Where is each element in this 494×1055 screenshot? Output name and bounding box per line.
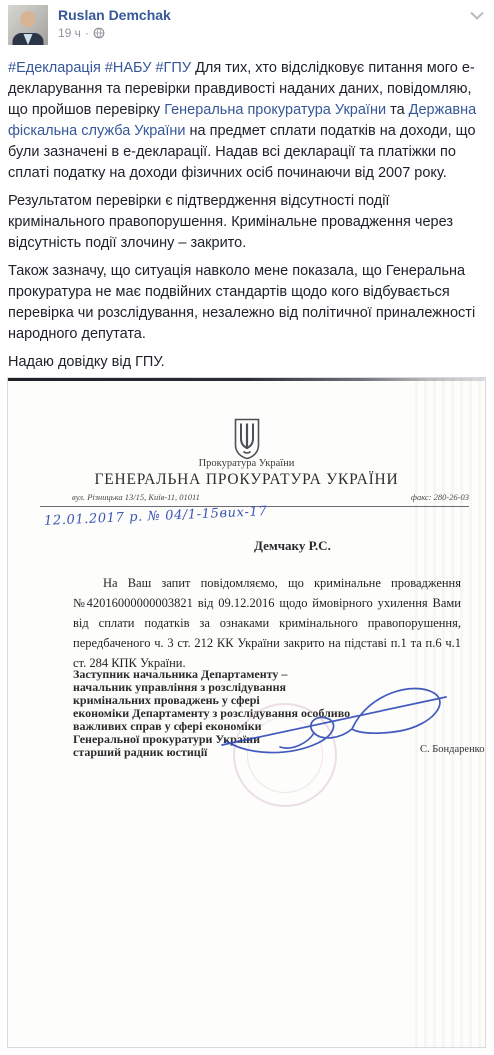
facebook-post: Ruslan Demchak 19 ч · #Едекларація #НАБУ… bbox=[0, 0, 494, 1055]
avatar[interactable] bbox=[8, 5, 48, 45]
doc-body-text: На Ваш запит повідомляємо, що кримінальн… bbox=[73, 573, 461, 673]
doc-agency-subtitle: Прокуратура України bbox=[8, 458, 485, 469]
doc-address: вул. Різницька 13/15, Київ-11, 01011 bbox=[72, 492, 200, 502]
post-paragraph-3: Також зазначу, що ситуація навколо мене … bbox=[8, 261, 486, 345]
page-link-prosecutor[interactable]: Генеральна прокуратура України bbox=[164, 102, 386, 118]
doc-agency-title: ГЕНЕРАЛЬНА ПРОКУРАТУРА УКРАЇНИ bbox=[8, 471, 485, 489]
meta-separator: · bbox=[85, 26, 89, 40]
post-paragraph-1: #Едекларація #НАБУ #ГПУ Для тих, хто від… bbox=[8, 58, 486, 184]
doc-letterhead-row: вул. Різницька 13/15, Київ-11, 01011 фак… bbox=[72, 492, 469, 502]
post-paragraph-4: Надаю довідку від ГПУ. bbox=[8, 352, 486, 373]
post-text: #Едекларація #НАБУ #ГПУ Для тих, хто від… bbox=[8, 58, 486, 403]
doc-handwritten-reference: 12.01.2017 р. № 04/1-15вих-17 bbox=[44, 504, 268, 529]
timestamp[interactable]: 19 ч bbox=[58, 26, 81, 40]
globe-icon bbox=[93, 27, 105, 39]
scan-edge-artifact bbox=[8, 378, 485, 381]
author-name-link[interactable]: Ruslan Demchak bbox=[58, 7, 171, 23]
avatar-head bbox=[21, 11, 36, 27]
post-paragraph-2: Результатом перевірки є підтвердження ві… bbox=[8, 191, 486, 254]
attached-document-image[interactable]: Прокуратура України ГЕНЕРАЛЬНА ПРОКУРАТУ… bbox=[7, 377, 486, 1048]
chevron-down-icon[interactable] bbox=[470, 11, 484, 20]
hashtag-link[interactable]: #НАБУ bbox=[105, 60, 152, 76]
hashtag-link[interactable]: #ГПУ bbox=[155, 60, 191, 76]
doc-addressee: Демчаку Р.С. bbox=[254, 538, 331, 554]
doc-fax: факс: 280-26-03 bbox=[411, 492, 469, 502]
hashtag-link[interactable]: #Едекларація bbox=[8, 60, 101, 76]
text-span: та bbox=[386, 102, 409, 118]
signature-scribble bbox=[218, 673, 453, 768]
avatar-photo bbox=[8, 5, 48, 45]
post-meta: 19 ч · bbox=[58, 26, 105, 40]
doc-signer-name: С. Бондаренко bbox=[420, 744, 485, 755]
ukraine-trident-emblem-icon bbox=[233, 418, 261, 460]
